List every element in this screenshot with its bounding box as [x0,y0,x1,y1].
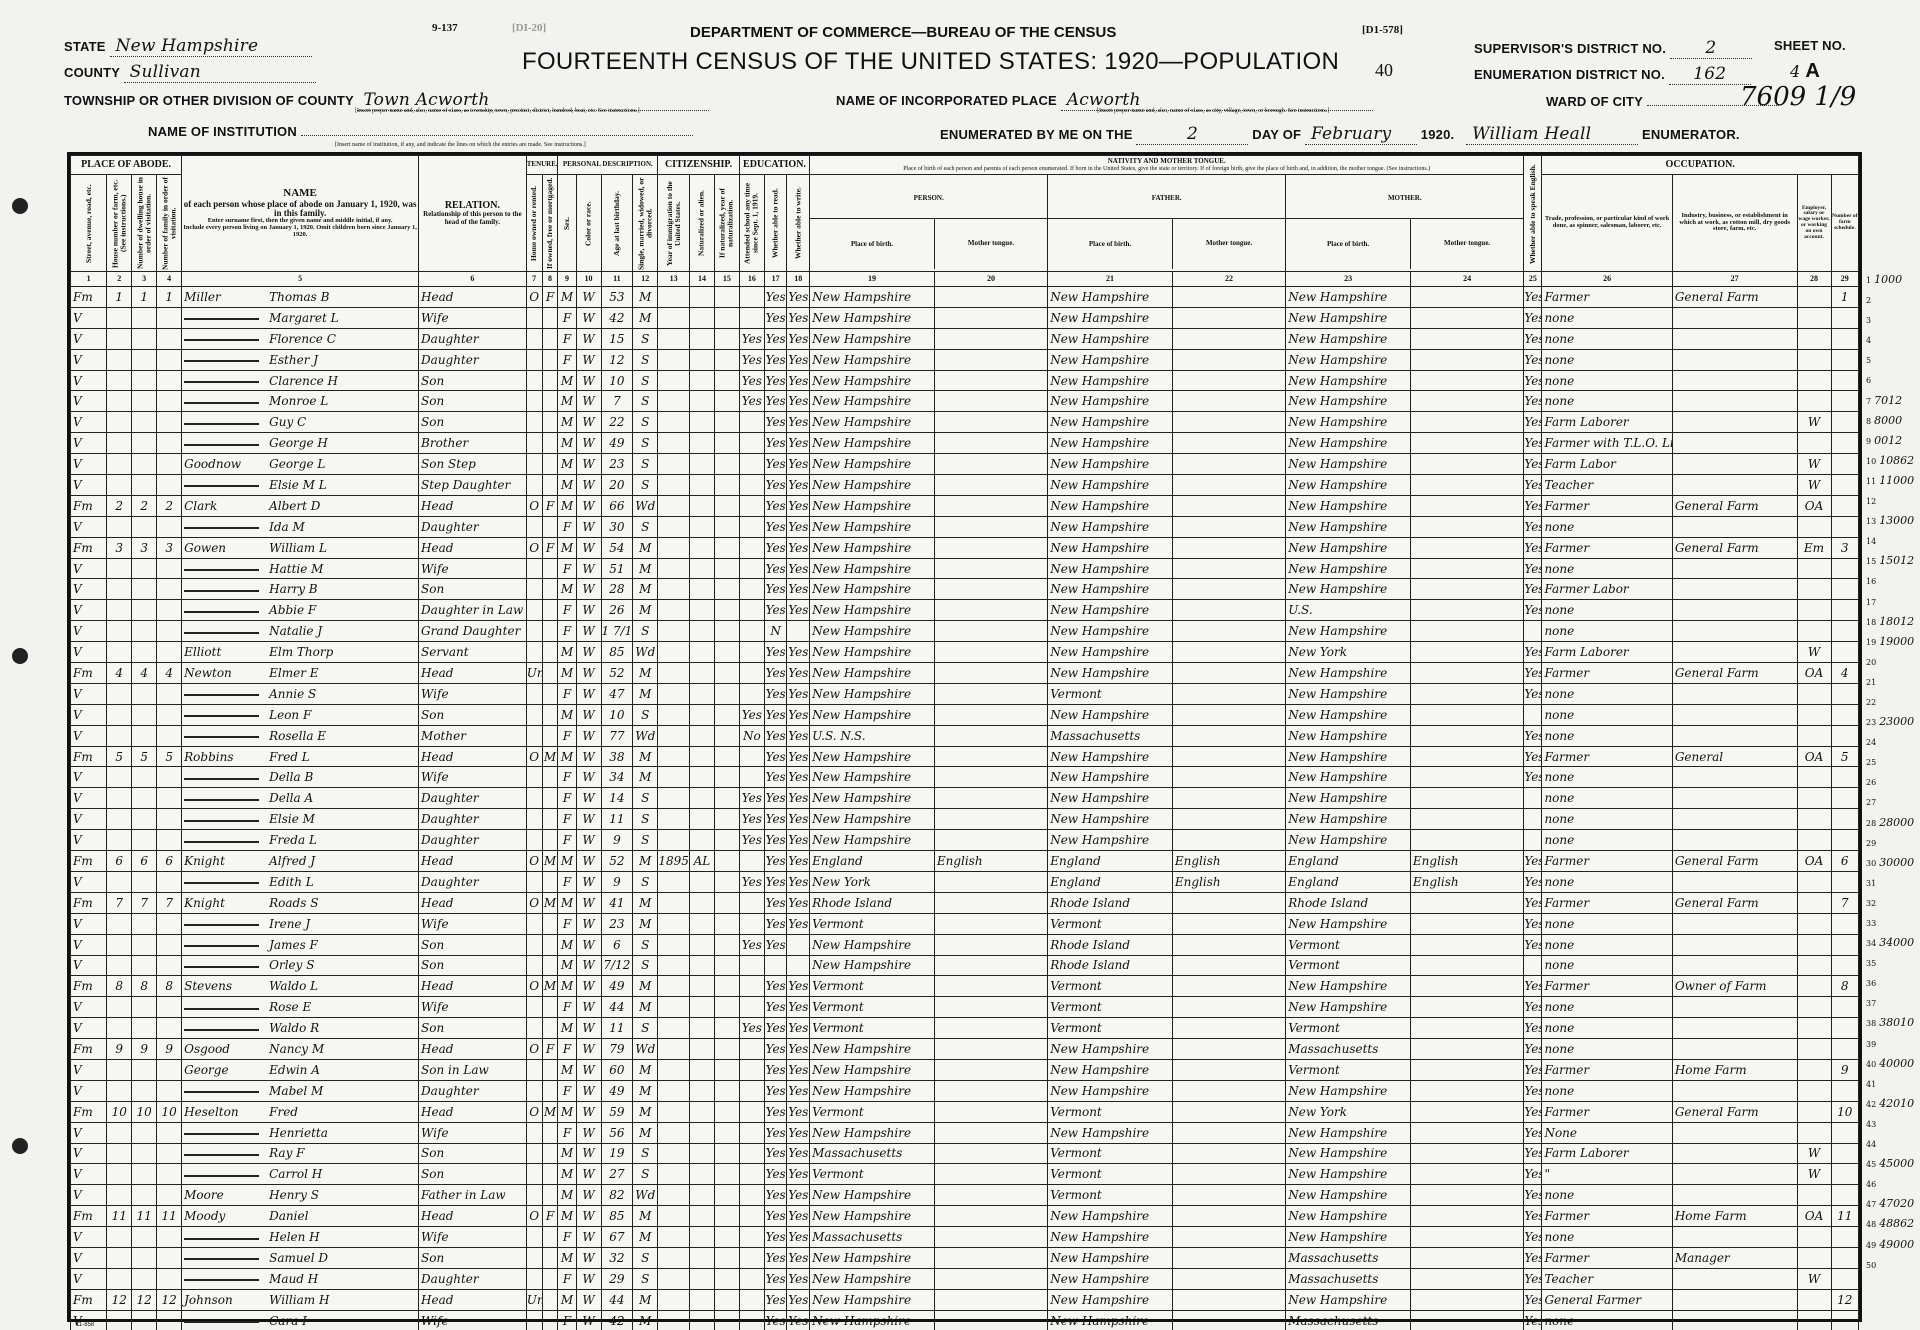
school-cell [739,1164,764,1185]
speak-english-cell: Yes [1524,746,1542,767]
mother-mother-tongue-cell [1410,1018,1523,1039]
mother-birthplace-cell: New Hampshire [1286,809,1411,830]
naturalized-cell [689,412,714,433]
marital-cell: M [633,997,658,1018]
relation-cell: Head [419,746,527,767]
column-number: 13 [658,272,690,287]
naturalization-year-cell [714,642,739,663]
industry-cell [1672,788,1797,809]
age-cell: 60 [601,1059,633,1080]
mother-mother-tongue-cell [1410,934,1523,955]
house-number-cell [107,704,132,725]
naturalization-year-cell [714,1039,739,1060]
birthplace-cell: New Hampshire [810,391,935,412]
employer-class-cell [1797,1101,1831,1122]
write-cell: Yes [787,913,810,934]
marital-cell: M [633,537,658,558]
mother-tongue-cell [934,1247,1047,1268]
relation-cell: Son [419,1164,527,1185]
mother-mother-tongue-cell [1410,1101,1523,1122]
speak-english-cell: Yes [1524,579,1542,600]
marital-cell: S [633,788,658,809]
mother-birthplace-cell: New Hampshire [1286,558,1411,579]
relation-cell: Wife [419,307,527,328]
house-number-cell [107,433,132,454]
father-tongue-cell [1172,391,1285,412]
mother-tongue-cell [934,997,1047,1018]
race-cell: W [576,1247,601,1268]
surname [184,525,259,529]
name-cell: Guy C [182,412,419,433]
occupation-code: 7012 [1874,394,1902,407]
race-cell: W [576,976,601,997]
trade-cell: none [1542,788,1672,809]
dwelling-number-cell [132,1164,157,1185]
mother-birthplace-cell: Vermont [1286,1018,1411,1039]
school-cell [739,1310,764,1330]
trade-cell: None [1542,1122,1672,1143]
speak-english-cell: Yes [1524,1059,1542,1080]
father-birthplace-cell: New Hampshire [1048,1080,1173,1101]
enumerated-month: February [1305,124,1417,145]
naturalization-year-cell [714,1227,739,1248]
speak-english-cell: Yes [1524,454,1542,475]
home-owned-cell [526,307,542,328]
dwelling-number-cell [132,913,157,934]
father-tongue-cell [1172,1164,1285,1185]
employer-class-cell: W [1797,454,1831,475]
given-name: Harry B [269,582,318,596]
surname: Knight [184,896,269,910]
line-number: 11 [1866,477,1876,486]
mother-tongue-cell [934,1018,1047,1039]
mortgage-cell [542,349,558,370]
school-cell [739,767,764,788]
employer-class-cell: OA [1797,495,1831,516]
immigration-year-cell [658,454,690,475]
line-number: 47 [1866,1200,1876,1209]
line-number: 44 [1866,1140,1876,1149]
binder-hole [12,198,28,214]
farm-schedule-cell: 8 [1831,976,1859,997]
immigration-year-cell [658,558,690,579]
industry-cell [1672,683,1797,704]
race-cell: W [576,1310,601,1330]
immigration-year-cell [658,976,690,997]
birthplace-cell: New Hampshire [810,1039,935,1060]
mother-tongue-cell [934,1206,1047,1227]
write-cell: Yes [787,391,810,412]
birthplace-cell: Rhode Island [810,892,935,913]
mortgage-cell [542,1310,558,1330]
speak-english-cell: Yes [1524,495,1542,516]
mother-mother-tongue-cell [1410,663,1523,684]
table-row: VAnnie SWifeFW47MYesYesNew HampshireVerm… [71,683,1859,704]
street-cell: Fm [71,1101,107,1122]
header-person-mother-tongue: Mother tongue. [935,240,1047,247]
sheet-suffix: A [1805,60,1820,82]
trade-cell: none [1542,1227,1672,1248]
mother-tongue-cell [934,287,1047,308]
age-cell: 30 [601,516,633,537]
dwelling-number-cell [132,328,157,349]
line-number-and-code: 88000 [1866,411,1920,431]
employer-class-cell [1797,621,1831,642]
naturalized-cell [689,1039,714,1060]
surname: Stevens [184,979,269,993]
mother-tongue-cell [934,1122,1047,1143]
line-number: 34 [1866,939,1876,948]
immigration-year-cell [658,788,690,809]
industry-cell [1672,579,1797,600]
street-cell: V [71,1080,107,1101]
immigration-year-cell [658,1018,690,1039]
father-tongue-cell [1172,1268,1285,1289]
house-number-cell [107,809,132,830]
school-cell [739,976,764,997]
line-number: 27 [1866,798,1876,807]
school-cell [739,495,764,516]
industry-cell [1672,454,1797,475]
race-cell: W [576,1289,601,1310]
mother-birthplace-cell: New Hampshire [1286,1206,1411,1227]
sex-cell: M [558,1289,576,1310]
surname: Gowen [184,541,269,555]
street-cell: Fm [71,892,107,913]
house-number-cell [107,788,132,809]
header-name: NAME of each person whose place of abode… [182,156,419,272]
home-owned-cell: O [526,892,542,913]
given-name: Edith L [269,875,314,889]
naturalization-year-cell [714,370,739,391]
relation-cell: Wife [419,1122,527,1143]
marital-cell: S [633,475,658,496]
father-tongue-cell [1172,892,1285,913]
name-note-2: Include every person living on January 1… [182,225,418,239]
immigration-year-cell [658,475,690,496]
race-cell: W [576,370,601,391]
home-owned-cell [526,809,542,830]
naturalization-year-cell [714,1122,739,1143]
mother-tongue-cell [934,391,1047,412]
surname [184,1027,259,1031]
race-cell: W [576,871,601,892]
table-row: VEdith LDaughterFW9SYesYesYesNew YorkEng… [71,871,1859,892]
trade-cell: Farmer [1542,892,1672,913]
given-name: Maud H [269,1272,318,1286]
immigration-year-cell [658,307,690,328]
dwelling-number-cell: 8 [132,976,157,997]
father-birthplace-cell: New Hampshire [1048,391,1173,412]
family-number-cell: 11 [157,1206,182,1227]
mother-mother-tongue-cell [1410,1268,1523,1289]
school-cell [739,1059,764,1080]
street-cell: V [71,955,107,976]
marital-cell: M [633,892,658,913]
relation-cell: Wife [419,1310,527,1330]
mortgage-cell [542,955,558,976]
family-number-cell [157,328,182,349]
column-number: 9 [558,272,576,287]
read-cell: Yes [764,516,787,537]
mortgage-cell [542,1122,558,1143]
race-cell: W [576,516,601,537]
birthplace-cell: New Hampshire [810,767,935,788]
age-cell: 22 [601,412,633,433]
mother-birthplace-cell: Massachusetts [1286,1247,1411,1268]
line-number: 49 [1866,1241,1876,1250]
marital-cell: S [633,391,658,412]
industry-cell [1672,1289,1797,1310]
dwelling-number-cell: 5 [132,746,157,767]
mortgage-cell [542,767,558,788]
age-cell: 7 [601,391,633,412]
industry-cell [1672,1164,1797,1185]
name-cell: Abbie F [182,600,419,621]
trade-cell: none [1542,871,1672,892]
mother-birthplace-cell: New York [1286,1101,1411,1122]
institution-label: NAME OF INSTITUTION [148,124,297,139]
relation-cell: Head [419,537,527,558]
immigration-year-cell [658,1247,690,1268]
farm-schedule-cell: 6 [1831,851,1859,872]
supervisor-label: SUPERVISOR'S DISTRICT NO. [1474,41,1666,56]
street-cell: V [71,579,107,600]
table-row: VClarence HSonMW10SYesYesYesNew Hampshir… [71,370,1859,391]
table-row: VHarry BSonMW28MYesYesNew HampshireNew H… [71,579,1859,600]
naturalization-year-cell [714,1143,739,1164]
relation-cell: Son [419,391,527,412]
county-label: COUNTY [64,65,120,80]
street-cell: V [71,1164,107,1185]
naturalized-cell [689,433,714,454]
mother-birthplace-cell: England [1286,851,1411,872]
read-cell: Yes [764,433,787,454]
given-name: Clarence H [269,374,338,388]
school-cell: Yes [739,391,764,412]
marital-cell: M [633,1101,658,1122]
farm-schedule-cell [1831,454,1859,475]
home-owned-cell [526,475,542,496]
write-cell: Yes [787,663,810,684]
relation-cell: Son [419,1247,527,1268]
age-cell: 42 [601,307,633,328]
header-house-number: House number or farm, etc. (See instruct… [107,175,132,272]
dwelling-number-cell [132,475,157,496]
marital-cell: M [633,1310,658,1330]
trade-cell: none [1542,391,1672,412]
table-row: VRay FSonMW19SYesYesMassachusettsVermont… [71,1143,1859,1164]
employer-class-cell [1797,516,1831,537]
read-cell: Yes [764,1039,787,1060]
age-cell: 82 [601,1185,633,1206]
father-tongue-cell [1172,537,1285,558]
line-number: 39 [1866,1040,1876,1049]
write-cell: Yes [787,871,810,892]
census-rows: Fm111MillerThomas BHeadOFMW53MYesYesNew … [71,287,1859,1330]
mother-tongue-cell [934,830,1047,851]
street-cell: V [71,1143,107,1164]
mother-birthplace-cell: New Hampshire [1286,1164,1411,1185]
line-number-and-code: 21 [1866,672,1920,692]
relation-cell: Son [419,412,527,433]
mortgage-cell [542,1164,558,1185]
column-number: 10 [576,272,601,287]
name-cell: ClarkAlbert D [182,495,419,516]
school-cell [739,433,764,454]
farm-schedule-cell [1831,1143,1859,1164]
father-tongue-cell [1172,307,1285,328]
line-number: 37 [1866,999,1876,1008]
farm-schedule-cell [1831,934,1859,955]
header-person: PERSON. Place of birth. Mother tongue. [810,175,1048,272]
given-name: Elm Thorp [269,645,333,659]
naturalized-cell [689,976,714,997]
school-cell [739,412,764,433]
line-number-and-code: 26 [1866,772,1920,792]
sex-cell: M [558,391,576,412]
mother-birthplace-cell: New Hampshire [1286,370,1411,391]
mother-mother-tongue-cell [1410,955,1523,976]
immigration-year-cell [658,1206,690,1227]
surname [184,1006,259,1010]
mortgage-cell [542,934,558,955]
naturalization-year-cell [714,1247,739,1268]
age-cell: 23 [601,913,633,934]
race-cell: W [576,788,601,809]
speak-english-cell: Yes [1524,997,1542,1018]
immigration-year-cell [658,955,690,976]
surname [184,797,259,801]
column-number: 26 [1542,272,1672,287]
write-cell: Yes [787,976,810,997]
street-cell: V [71,370,107,391]
employer-class-cell [1797,997,1831,1018]
family-number-cell [157,1310,182,1330]
read-cell: Yes [764,1206,787,1227]
trade-cell: Farmer [1542,1101,1672,1122]
sex-cell: M [558,454,576,475]
birthplace-cell: New Hampshire [810,495,935,516]
mother-birthplace-cell: New Hampshire [1286,433,1411,454]
column-number: 20 [934,272,1047,287]
father-tongue-cell [1172,1059,1285,1080]
street-cell: V [71,621,107,642]
home-owned-cell: O [526,976,542,997]
mother-birthplace-cell: New Hampshire [1286,913,1411,934]
age-cell: 19 [601,1143,633,1164]
naturalized-cell [689,788,714,809]
birthplace-cell: New Hampshire [810,1268,935,1289]
surname: Osgood [184,1042,269,1056]
family-number-cell [157,475,182,496]
race-cell: W [576,913,601,934]
house-number-cell [107,621,132,642]
line-number: 40 [1866,1060,1876,1069]
age-cell: 29 [601,1268,633,1289]
industry-cell: Owner of Farm [1672,976,1797,997]
employer-class-cell: Em [1797,537,1831,558]
given-name: Rosella E [269,729,326,743]
dwelling-number-cell [132,788,157,809]
mother-birthplace-cell: New Hampshire [1286,1289,1411,1310]
farm-schedule-cell [1831,579,1859,600]
home-owned-cell [526,1185,542,1206]
industry-cell [1672,809,1797,830]
trade-cell: " [1542,1164,1672,1185]
birthplace-cell: New Hampshire [810,600,935,621]
given-name: Ida M [269,520,305,534]
mother-tongue-cell [934,1289,1047,1310]
home-owned-cell: O [526,1039,542,1060]
speak-english-cell: Yes [1524,1310,1542,1330]
line-number: 46 [1866,1180,1876,1189]
race-cell: W [576,892,601,913]
birthplace-cell: Vermont [810,1101,935,1122]
father-tongue-cell [1172,976,1285,997]
day-of-label: DAY OF [1252,127,1301,142]
age-cell: 77 [601,725,633,746]
race-cell: W [576,851,601,872]
mother-mother-tongue-cell [1410,767,1523,788]
house-number-cell [107,1164,132,1185]
line-number-and-code: 17 [1866,592,1920,612]
mother-birthplace-cell: New Hampshire [1286,537,1411,558]
mother-birthplace-cell: New Hampshire [1286,1122,1411,1143]
marital-cell: M [633,767,658,788]
name-cell: Freda L [182,830,419,851]
family-number-cell: 8 [157,976,182,997]
mother-birthplace-cell: New Hampshire [1286,704,1411,725]
school-cell [739,579,764,600]
given-name: George H [269,436,328,450]
form-reference: [D1-578] [1362,24,1403,36]
marital-cell: M [633,600,658,621]
trade-cell: none [1542,809,1672,830]
dwelling-number-cell [132,642,157,663]
father-tongue-cell [1172,1310,1285,1330]
father-birthplace-cell: Vermont [1048,1101,1173,1122]
father-birthplace-cell: New Hampshire [1048,1206,1173,1227]
street-cell: V [71,683,107,704]
mother-birthplace-cell: England [1286,871,1411,892]
school-cell [739,913,764,934]
employer-class-cell: W [1797,412,1831,433]
marital-cell: M [633,1289,658,1310]
father-tongue-cell [1172,642,1285,663]
naturalization-year-cell [714,892,739,913]
marital-cell: S [633,328,658,349]
immigration-year-cell [658,1164,690,1185]
farm-schedule-cell [1831,412,1859,433]
institution-note: [Insert name of institution, if any, and… [335,142,586,148]
family-number-cell [157,1122,182,1143]
given-name: Monroe L [269,394,328,408]
dwelling-number-cell [132,1018,157,1039]
home-owned-cell [526,1143,542,1164]
mother-birthplace-cell: New Hampshire [1286,579,1411,600]
father-tongue-cell [1172,475,1285,496]
street-cell: V [71,934,107,955]
table-row: VCara IWifeFW42MYesYesNew HampshireNew H… [71,1310,1859,1330]
mother-mother-tongue-cell: English [1410,851,1523,872]
father-birthplace-cell: New Hampshire [1048,495,1173,516]
immigration-year-cell [658,1227,690,1248]
mother-tongue-cell [934,871,1047,892]
header-street: Street, avenue, road, etc. [71,175,107,272]
employer-class-cell [1797,328,1831,349]
dwelling-number-cell [132,1080,157,1101]
